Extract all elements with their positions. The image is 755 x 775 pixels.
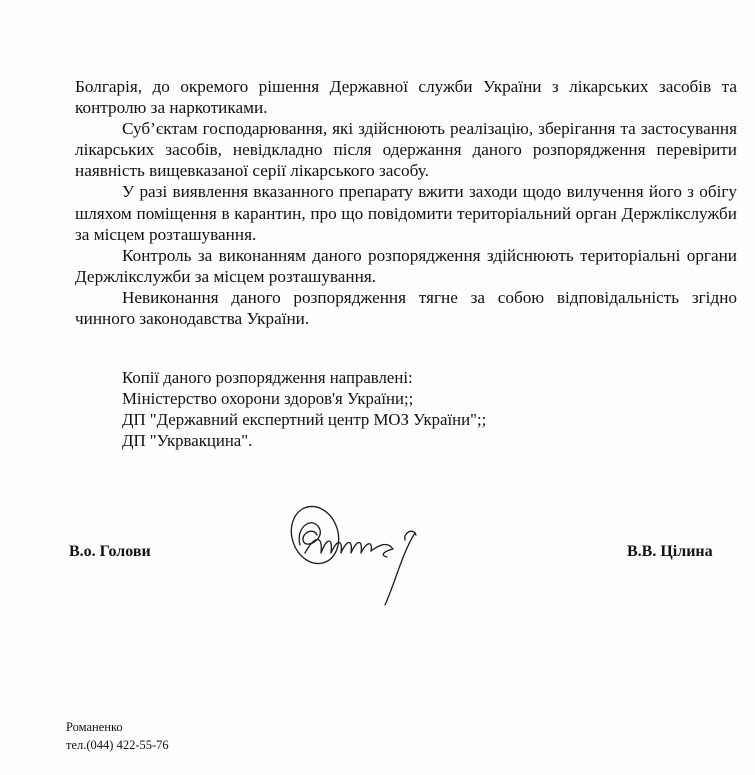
paragraph-control: Контроль за виконанням даного розпорядже… [75,245,737,287]
paragraph-quarantine: У разі виявлення вказанного препарату вж… [75,181,737,244]
executor-name: Романенко [66,718,169,736]
recipient-ukrvaccine: ДП "Укрвакцина". [122,430,486,451]
handwritten-signature-icon [275,505,425,610]
recipient-expert-center: ДП "Державний експертний центр МОЗ Украї… [122,409,486,430]
signatory-position: В.о. Голови [69,543,151,561]
copies-distribution-list: Копії даного розпорядження направлені: М… [122,367,486,451]
paragraph-business-entities: Суб’єктам господарювання, які здійснюють… [75,118,737,181]
copies-heading: Копії даного розпорядження направлені: [122,367,486,388]
recipient-ministry: Міністерство охорони здоров'я України;; [122,388,486,409]
paragraph-continuation: Болгарія, до окремого рішення Державної … [75,76,737,118]
document-body: Болгарія, до окремого рішення Державної … [75,76,737,329]
paragraph-liability: Невиконання даного розпорядження тягне з… [75,287,737,329]
document-page: Болгарія, до окремого рішення Державної … [0,0,755,775]
executor-phone: тел.(044) 422-55-76 [66,736,169,754]
signer-name: В.В. Цілина [627,543,713,561]
executor-footer: Романенко тел.(044) 422-55-76 [66,718,169,754]
